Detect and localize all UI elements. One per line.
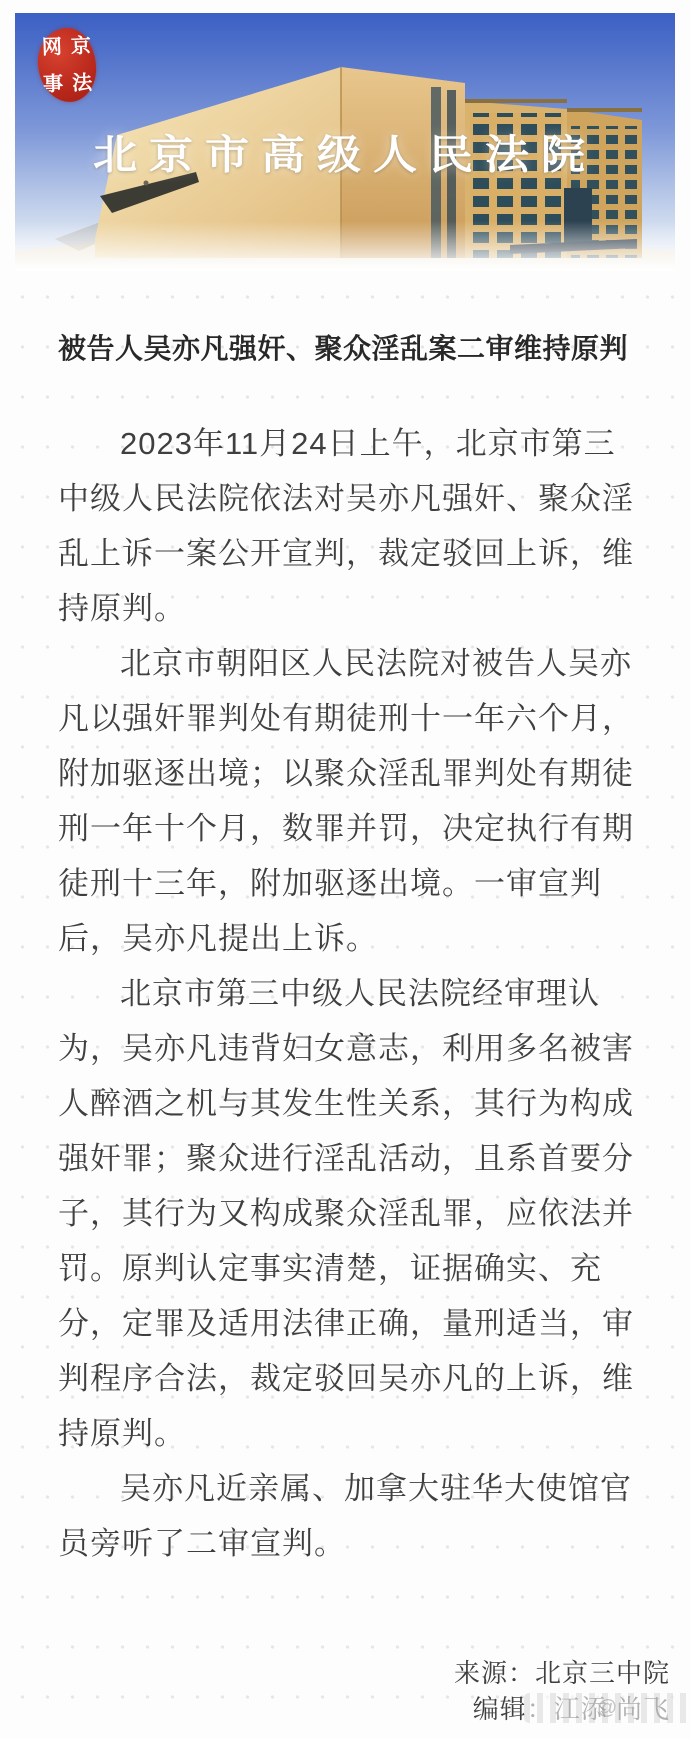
seal-stamp: 网 京 事 法 bbox=[37, 27, 98, 103]
page: { "header": { "overlay_title": "北京市高级人民法… bbox=[0, 0, 690, 1739]
editor-text: 编辑：江添 尚飞 bbox=[473, 1694, 670, 1724]
footer: 来源：北京三中院 编辑：江添 尚飞 @ bbox=[0, 1655, 690, 1727]
seal-char: 网 bbox=[42, 37, 63, 58]
photo-bottom-fade bbox=[15, 221, 675, 271]
tower-b-parapet bbox=[567, 108, 642, 112]
seal-char: 事 bbox=[43, 74, 64, 95]
paragraph: 北京市朝阳区人民法院对被告人吴亦凡以强奸罪判处有期徒刑十一年六个月，附加驱逐出境… bbox=[58, 636, 638, 966]
paragraph: 吴亦凡近亲属、加拿大驻华大使馆官员旁听了二审宣判。 bbox=[58, 1461, 638, 1571]
article-title: 被告人吴亦凡强奸、聚众淫乱案二审维持原判 bbox=[0, 329, 690, 369]
paragraph: 北京市第三中级人民法院经审理认为，吴亦凡违背妇女意志，利用多名被害人醉酒之机与其… bbox=[58, 966, 638, 1461]
header-photo: 北京市高级人民法院 网 京 事 法 bbox=[15, 13, 675, 271]
editor-line: 编辑：江添 尚飞 @ bbox=[473, 1691, 670, 1727]
paragraph: 2023年11月24日上午，北京市第三中级人民法院依法对吴亦凡强奸、聚众淫乱上诉… bbox=[58, 416, 638, 636]
photo-overlay-title: 北京市高级人民法院 bbox=[15, 122, 675, 181]
source-line: 来源：北京三中院 bbox=[0, 1655, 670, 1691]
seal-char: 法 bbox=[72, 73, 93, 94]
article-body: 2023年11月24日上午，北京市第三中级人民法院依法对吴亦凡强奸、聚众淫乱上诉… bbox=[0, 416, 690, 1571]
wall-dot bbox=[144, 181, 149, 186]
seal-char: 京 bbox=[71, 36, 92, 57]
tower-a-parapet bbox=[465, 99, 567, 103]
